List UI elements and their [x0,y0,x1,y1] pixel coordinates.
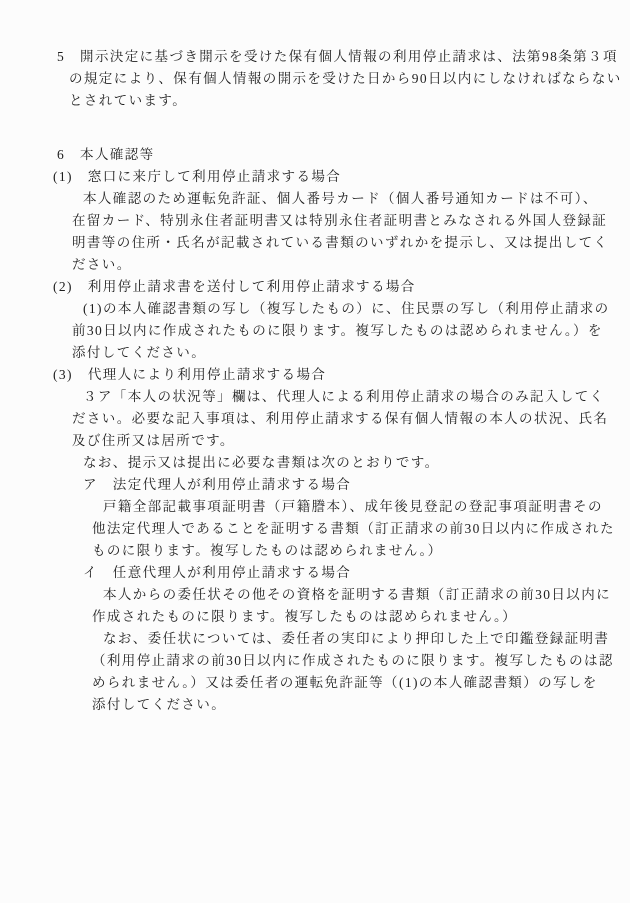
doc-line: 本人確認のため運転免許証、個人番号カード（個人番号通知カードは不可）、 [0,188,630,210]
doc-line: 明書等の住所・氏名が記載されている書類のいずれかを提示し、又は提出してく [0,232,630,254]
section-item-6-identity-verification: 6 本人確認等(1) 窓口に来庁して利用停止請求する場合本人確認のため運転免許証… [0,144,630,716]
doc-line: (1)の本人確認書類の写し（複写したもの）に、住民票の写し（利用停止請求の [0,298,630,320]
doc-line: （利用停止請求の前30日以内に作成されたものに限ります。複写したものは認 [0,650,630,672]
doc-line: ださい。 [0,254,630,276]
doc-line: ものに限ります。複写したものは認められません。） [0,540,630,562]
doc-line: 前30日以内に作成されたものに限ります。複写したものは認められません。）を [0,320,630,342]
doc-line: 他法定代理人であることを証明する書類（訂正請求の前30日以内に作成された [0,518,630,540]
doc-line: 在留カード、特別永住者証明書又は特別永住者証明書とみなされる外国人登録証 [0,210,630,232]
doc-line: 6 本人確認等 [0,144,630,166]
doc-line: ださい。必要な記入事項は、利用停止請求する保有個人情報の本人の状況、氏名 [0,408,630,430]
doc-line: ア 法定代理人が利用停止請求する場合 [0,474,630,496]
doc-line: イ 任意代理人が利用停止請求する場合 [0,562,630,584]
doc-line: (1) 窓口に来庁して利用停止請求する場合 [0,166,630,188]
doc-line: 添付してください。 [0,342,630,364]
doc-line: なお、委任状については、委任者の実印により押印した上で印鑑登録証明書 [0,628,630,650]
doc-line: 5 開示決定に基づき開示を受けた保有個人情報の利用停止請求は、法第98条第３項 [0,46,630,68]
document-body: 5 開示決定に基づき開示を受けた保有個人情報の利用停止請求は、法第98条第３項の… [0,46,630,716]
doc-line: なお、提示又は提出に必要な書類は次のとおりです。 [0,452,630,474]
doc-line: ３ア「本人の状況等」欄は、代理人による利用停止請求の場合のみ記入してく [0,386,630,408]
doc-line: (2) 利用停止請求書を送付して利用停止請求する場合 [0,276,630,298]
doc-line: の規定により、保有個人情報の開示を受けた日から90日以内にしなければならない [0,68,630,90]
doc-line: 作成されたものに限ります。複写したものは認められません。） [0,606,630,628]
doc-line: (3) 代理人により利用停止請求する場合 [0,364,630,386]
doc-line: 戸籍全部記載事項証明書（戸籍謄本）、成年後見登記の登記事項証明書その [0,496,630,518]
section-item-5-disclosure-deadline: 5 開示決定に基づき開示を受けた保有個人情報の利用停止請求は、法第98条第３項の… [0,46,630,112]
doc-line: 添付してください。 [0,694,630,716]
doc-line: 本人からの委任状その他その資格を証明する書類（訂正請求の前30日以内に [0,584,630,606]
document-page: 5 開示決定に基づき開示を受けた保有個人情報の利用停止請求は、法第98条第３項の… [0,0,630,903]
doc-line: 及び住所又は居所です。 [0,430,630,452]
doc-line: められません。）又は委任者の運転免許証等（(1)の本人確認書類）の写しを [0,672,630,694]
doc-line: とされています。 [0,90,630,112]
